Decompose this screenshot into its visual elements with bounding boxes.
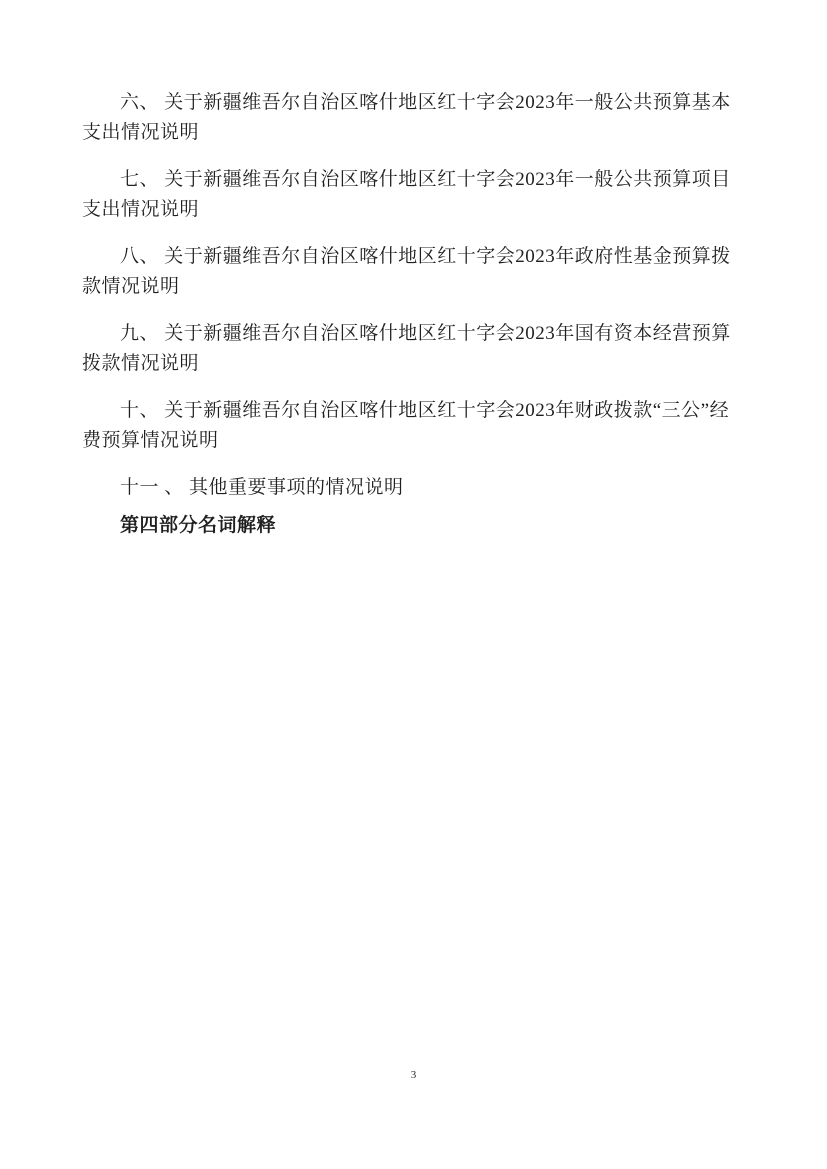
page-number: 3 [0, 1068, 827, 1082]
toc-section: 六、 关于新疆维吾尔自治区喀什地区红十字会2023年一般公共预算基本支出情况说明… [82, 88, 744, 541]
toc-item-11: 十一 、 其他重要事项的情况说明 [82, 473, 744, 503]
section-heading: 第四部分名词解释 [82, 511, 744, 541]
toc-item-6: 六、 关于新疆维吾尔自治区喀什地区红十字会2023年一般公共预算基本支出情况说明 [82, 88, 744, 148]
document-page: 六、 关于新疆维吾尔自治区喀什地区红十字会2023年一般公共预算基本支出情况说明… [0, 0, 827, 1169]
toc-item-9: 九、 关于新疆维吾尔自治区喀什地区红十字会2023年国有资本经营预算拨款情况说明 [82, 319, 744, 379]
toc-item-7: 七、 关于新疆维吾尔自治区喀什地区红十字会2023年一般公共预算项目支出情况说明 [82, 165, 744, 225]
toc-item-8: 八、 关于新疆维吾尔自治区喀什地区红十字会2023年政府性基金预算拨款情况说明 [82, 242, 744, 302]
toc-item-10: 十、 关于新疆维吾尔自治区喀什地区红十字会2023年财政拨款“三公”经费预算情况… [82, 396, 744, 456]
